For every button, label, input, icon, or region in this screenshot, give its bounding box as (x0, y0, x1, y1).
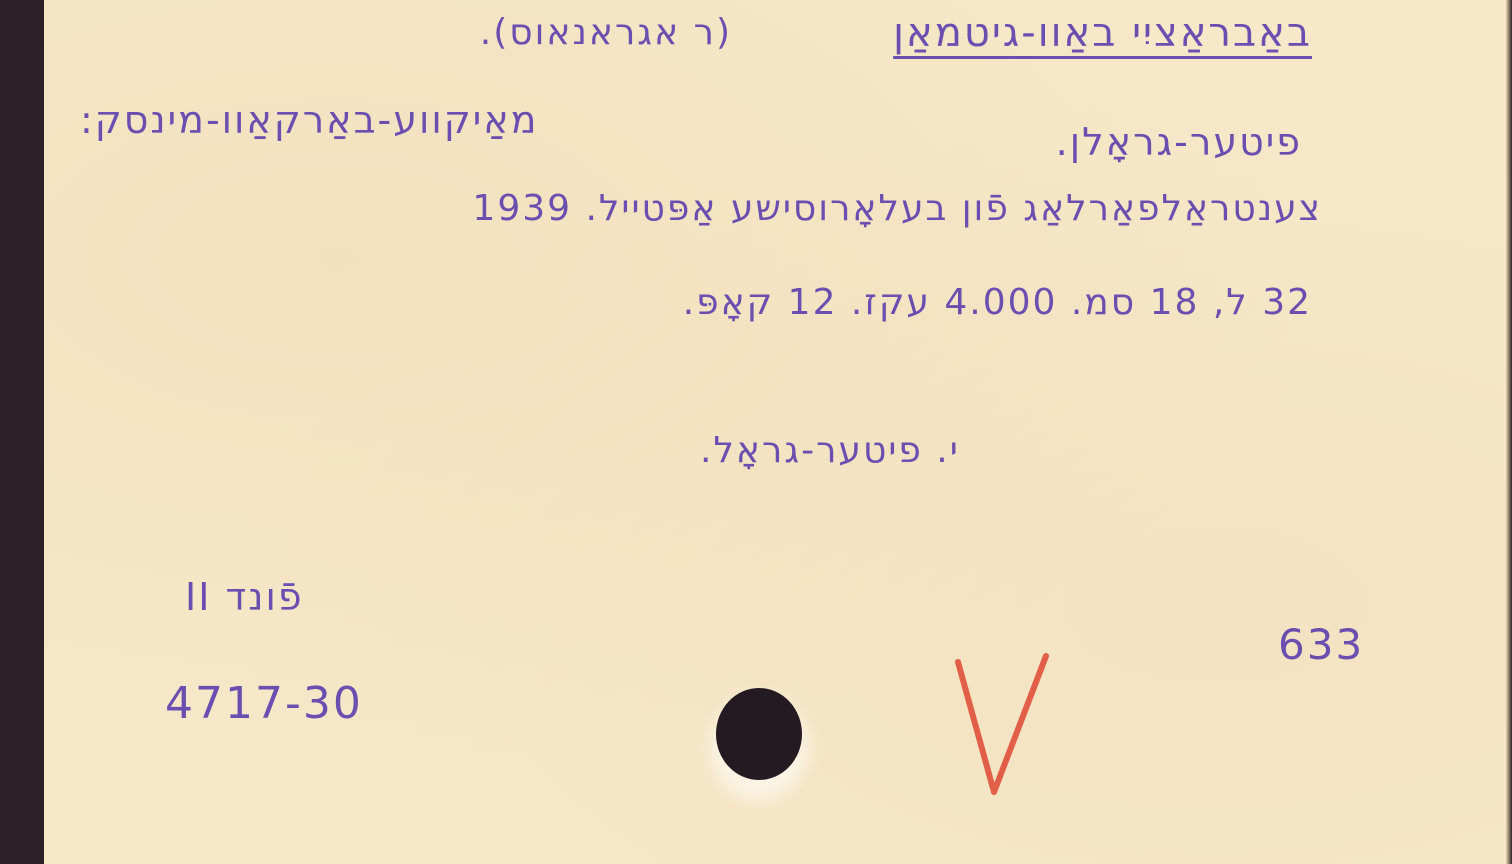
red-check-mark-icon (950, 650, 1060, 800)
title-note: (ר אגראנאוס). (480, 12, 732, 53)
catalog-number: 4717-30 (165, 678, 363, 729)
physical-description-line: 32 ל, 18 סמ. 4.000 עקז. 12 קאָפּ. (683, 282, 1312, 323)
signature-line: י. פיטער-גראָל. (700, 430, 960, 471)
scanned-index-card-image: באַבראַציִי באַוו-גיטמאַן (ר אגראנאוס). … (0, 0, 1512, 864)
card-title: באַבראַציִי באַוו-גיטמאַן (893, 10, 1312, 56)
publication-place: מאַיקווע-באַרקאַוו-מינסק: (80, 98, 538, 142)
folder-label: פֿונד II (185, 575, 304, 619)
card-number: 633 (1278, 620, 1364, 669)
punch-hole (716, 688, 802, 780)
author-line: פיטער-גראָלן. (1056, 120, 1302, 164)
scan-background-left-edge (0, 0, 44, 864)
scan-background-right-edge (1506, 0, 1512, 864)
publisher-line: צענטראַלפאַרלאַג פֿון בעלאָרוסישע אַפּטי… (472, 188, 1322, 229)
